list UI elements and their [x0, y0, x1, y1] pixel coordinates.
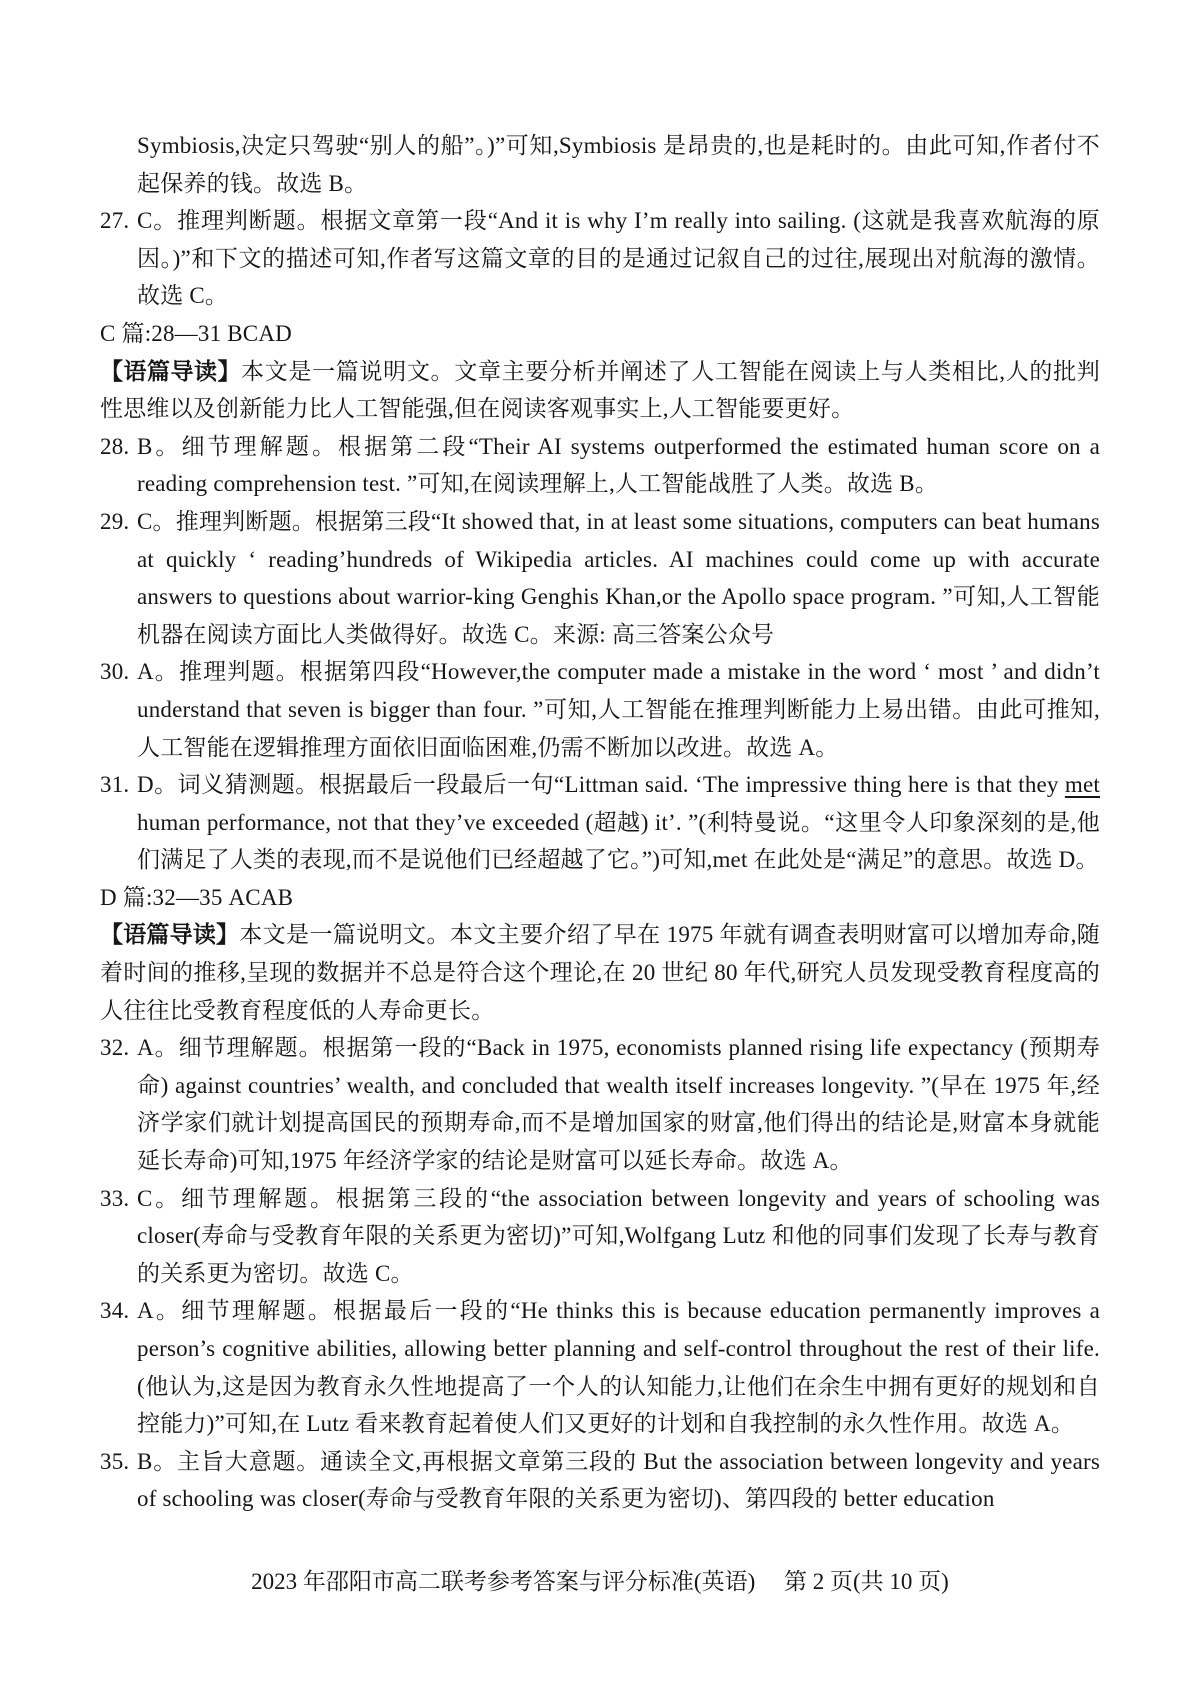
intro-text: 本文是一篇说明文。本文主要介绍了早在 1975 年就有调查表明财富可以增加寿命,…	[100, 922, 1100, 1022]
page-footer: 2023 年邵阳市高二联考参考答案与评分标准(英语) 第 2 页(共 10 页)	[0, 1563, 1200, 1601]
item-number: 28.	[100, 428, 137, 466]
answer-item-33: 33.C。细节理解题。根据第三段的“the association betwee…	[100, 1180, 1100, 1293]
section-heading-text: D 篇:32—35 ACAB	[100, 885, 293, 910]
passage-intro-c: 【语篇导读】本文是一篇说明文。文章主要分析并阐述了人工智能在阅读上与人类相比,人…	[100, 353, 1100, 428]
page-footer-text: 2023 年邵阳市高二联考参考答案与评分标准(英语) 第 2 页(共 10 页)	[251, 1569, 949, 1594]
intro-label: 【语篇导读】	[100, 358, 241, 384]
underlined-word: met	[1065, 772, 1100, 797]
item-number: 29.	[100, 503, 137, 541]
answer-item-29: 29.C。推理判断题。根据第三段“It showed that, in at l…	[100, 503, 1100, 653]
answer-item-31: 31.D。词义猜测题。根据最后一段最后一句“Littman said. ‘The…	[100, 766, 1100, 879]
item-text: D。词义猜测题。根据最后一段最后一句“Littman said. ‘The im…	[137, 772, 1065, 797]
item-number: 27.	[100, 202, 137, 240]
item-text: A。推理判题。根据第四段“However,the computer made a…	[137, 659, 1100, 759]
answer-item-32: 32.A。细节理解题。根据第一段的“Back in 1975, economis…	[100, 1029, 1100, 1179]
item-number: 34.	[100, 1292, 137, 1330]
passage-intro-d: 【语篇导读】本文是一篇说明文。本文主要介绍了早在 1975 年就有调查表明财富可…	[100, 916, 1100, 1029]
answer-continuation-26: Symbiosis,决定只驾驶“别人的船”。)”可知,Symbiosis 是昂贵…	[100, 127, 1100, 202]
item-text: A。细节理解题。根据第一段的“Back in 1975, economists …	[137, 1035, 1100, 1173]
item-text: B。主旨大意题。通读全文,再根据文章第三段的 But the associati…	[137, 1449, 1100, 1512]
section-heading-text: C 篇:28—31 BCAD	[100, 321, 292, 346]
item-text: human performance, not that they’ve exce…	[137, 810, 1100, 873]
item-text: C。推理判断题。根据第三段“It showed that, in at leas…	[137, 509, 1100, 647]
item-number: 33.	[100, 1180, 137, 1218]
answer-item-28: 28.B。细节理解题。根据第二段“Their AI systems outper…	[100, 428, 1100, 503]
answer-item-35: 35.B。主旨大意题。通读全文,再根据文章第三段的 But the associ…	[100, 1443, 1100, 1518]
item-text: Symbiosis,决定只驾驶“别人的船”。)”可知,Symbiosis 是昂贵…	[137, 133, 1100, 196]
item-number: 32.	[100, 1029, 137, 1067]
item-text: C。推理判断题。根据文章第一段“And it is why I’m really…	[137, 208, 1100, 308]
document-page: Symbiosis,决定只驾驶“别人的船”。)”可知,Symbiosis 是昂贵…	[0, 0, 1200, 1696]
item-number: 35.	[100, 1443, 137, 1481]
intro-text: 本文是一篇说明文。文章主要分析并阐述了人工智能在阅读上与人类相比,人的批判性思维…	[100, 359, 1100, 422]
item-text: A。细节理解题。根据最后一段的“He thinks this is becaus…	[137, 1298, 1100, 1436]
section-heading-c: C 篇:28—31 BCAD	[100, 315, 1100, 353]
intro-label: 【语篇导读】	[100, 921, 239, 947]
item-text: B。细节理解题。根据第二段“Their AI systems outperfor…	[137, 434, 1100, 497]
answer-item-34: 34.A。细节理解题。根据最后一段的“He thinks this is bec…	[100, 1292, 1100, 1442]
item-text: C。细节理解题。根据第三段的“the association between l…	[137, 1186, 1100, 1286]
answer-item-27: 27.C。推理判断题。根据文章第一段“And it is why I’m rea…	[100, 202, 1100, 315]
item-number: 30.	[100, 653, 137, 691]
section-heading-d: D 篇:32—35 ACAB	[100, 879, 1100, 917]
answer-item-30: 30.A。推理判题。根据第四段“However,the computer mad…	[100, 653, 1100, 766]
item-number: 31.	[100, 766, 137, 804]
